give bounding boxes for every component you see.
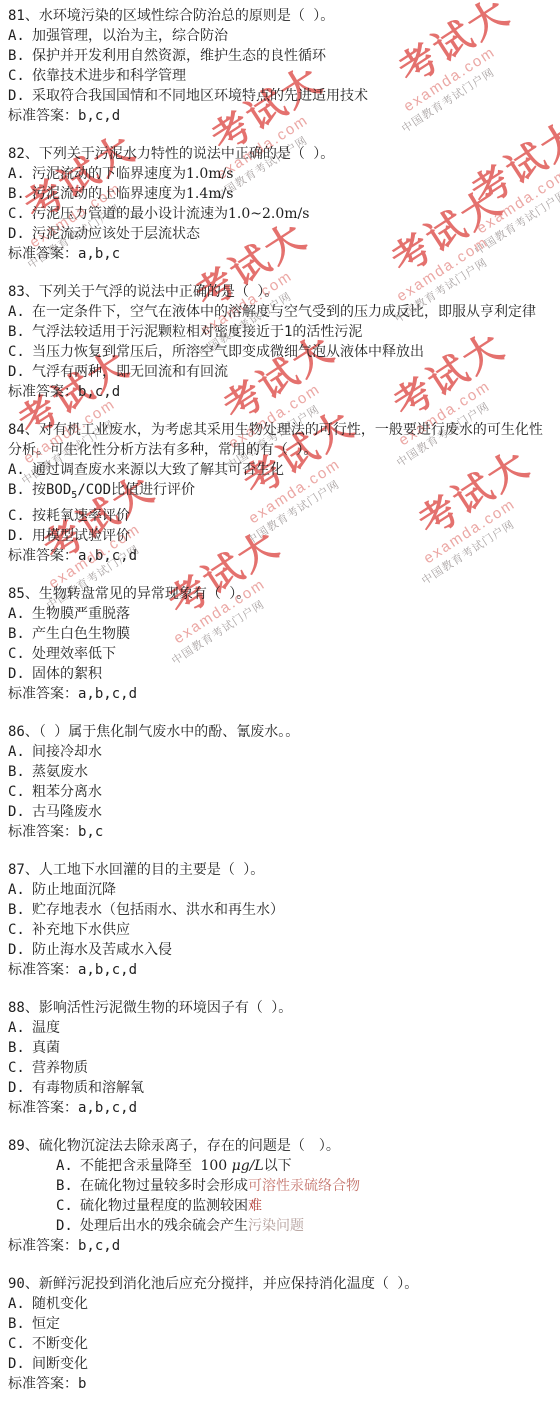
- option-line: A.污泥流动的下临界速度为1.0m/s: [8, 164, 554, 184]
- option-label: C.: [8, 204, 32, 224]
- text-segment: 有毒物质和溶解氧: [32, 1080, 144, 1096]
- text-segment: 新鲜污泥投到消化池后应充分搅拌，并应保持消化温度（ ）。: [39, 1276, 418, 1292]
- option-line: A.在一定条件下，空气在液体中的溶解度与空气受到的压力成反比，即服从亨利定律: [8, 302, 554, 322]
- question-stem: 84、对有机工业废水，为考虑其采用生物处理法的可行性，一般要进行废水的可生化性分…: [8, 420, 554, 460]
- answer-label: 标准答案：: [8, 1376, 78, 1392]
- option-line: B.按BOD5/COD比值进行评价: [8, 480, 554, 506]
- option-label: C.: [8, 920, 32, 940]
- answer-value: b: [78, 1376, 86, 1392]
- text-segment: 加强管理，以治为主，综合防治: [32, 28, 228, 44]
- option-line: D.采取符合我国国情和不同地区环境特点的先进适用技术: [8, 86, 554, 106]
- option-line: B.产生白色生物膜: [8, 624, 554, 644]
- option-label: C.: [8, 506, 32, 526]
- text-segment: 100: [200, 1158, 231, 1174]
- question-block: 86、（ ）属于焦化制气废水中的酚、氰废水。。A.间接冷却水B.蒸氨废水C.粗苯…: [8, 722, 554, 842]
- text-segment: 依靠技术进步和科学管理: [32, 68, 186, 84]
- answer-label: 标准答案：: [8, 686, 78, 702]
- text-segment: 当压力恢复到常压后，所溶空气即变成微细气泡从液体中释放出: [32, 344, 424, 360]
- option-label: B.: [8, 900, 32, 920]
- text-segment: 真菌: [32, 1040, 60, 1056]
- option-label: A.: [8, 1018, 32, 1038]
- option-label: C.: [8, 644, 32, 664]
- text-segment: 在一定条件下，空气在液体中的溶解度与空气受到的压力成反比，即服从亨利定律: [32, 304, 536, 320]
- option-label: A.: [8, 880, 32, 900]
- question-number: 89、: [8, 1138, 39, 1154]
- option-label: C.: [8, 66, 32, 86]
- question-stem: 81、水环境污染的区域性综合防治总的原则是（ ）。: [8, 6, 554, 26]
- option-line: B.污泥流动的上临界速度为1.4m/s: [8, 184, 554, 204]
- text-segment: 用模型试验评价: [32, 528, 130, 544]
- text-segment: 人工地下水回灌的目的主要是（ ）。: [39, 862, 264, 878]
- text-segment: 1.0m/s: [186, 166, 233, 182]
- option-line: B.真菌: [8, 1038, 554, 1058]
- question-block: 81、水环境污染的区域性综合防治总的原则是（ ）。A.加强管理，以治为主，综合防…: [8, 6, 554, 126]
- option-line: B.气浮法较适用于污泥颗粒相对密度接近于1的活性污泥: [8, 322, 554, 342]
- question-block: 90、新鲜污泥投到消化池后应充分搅拌，并应保持消化温度（ ）。A.随机变化B.恒…: [8, 1274, 554, 1394]
- option-line: B.恒定: [8, 1314, 554, 1334]
- option-label: B.: [8, 624, 32, 644]
- question-block: 89、硫化物沉淀法去除汞离子，存在的问题是（ ）。A.不能把含汞量降至 100 …: [8, 1136, 554, 1256]
- text-segment: （ ）属于焦化制气废水中的酚、氰废水。。: [39, 724, 299, 740]
- answer-value: b,c: [78, 824, 103, 840]
- text-segment: 硫化物过量程度的监测较困: [80, 1198, 248, 1214]
- option-line: C.按耗氧速率评价: [8, 506, 554, 526]
- answer-line: 标准答案：b,c,d: [8, 382, 554, 402]
- option-label: D.: [8, 224, 32, 244]
- option-line: A.随机变化: [8, 1294, 554, 1314]
- option-line: C.补充地下水供应: [8, 920, 554, 940]
- answer-line: 标准答案：b,c: [8, 822, 554, 842]
- option-label: D.: [8, 1354, 32, 1374]
- option-label: B.: [8, 46, 32, 66]
- option-label: C.: [8, 782, 32, 802]
- option-label: C.: [8, 1058, 32, 1078]
- question-stem: 85、生物转盘常见的异常现象有（ ）。: [8, 584, 554, 604]
- answer-line: 标准答案：a,b,c,d: [8, 1098, 554, 1118]
- question-stem: 89、硫化物沉淀法去除汞离子，存在的问题是（ ）。: [8, 1136, 554, 1156]
- text-segment: 温度: [32, 1020, 60, 1036]
- answer-line: 标准答案：a,b,c: [8, 244, 554, 264]
- option-label: A.: [8, 26, 32, 46]
- text-segment: 采取符合我国国情和不同地区环境特点的先进适用技术: [32, 88, 368, 104]
- option-label: C.: [8, 342, 32, 362]
- question-number: 83、: [8, 284, 39, 300]
- option-label: A.: [8, 302, 32, 322]
- text-segment: 固体的絮积: [32, 666, 102, 682]
- option-label: C.: [56, 1196, 80, 1216]
- question-stem: 88、影响活性污泥微生物的环境因子有（ ）。: [8, 998, 554, 1018]
- option-line: D.用模型试验评价: [8, 526, 554, 546]
- text-segment: 处理效率低下: [32, 646, 116, 662]
- question-number: 82、: [8, 146, 39, 162]
- text-segment: 生物膜严重脱落: [32, 606, 130, 622]
- answer-line: 标准答案：b: [8, 1374, 554, 1394]
- text-segment: 防止海水及苦咸水入侵: [32, 942, 172, 958]
- text-segment: 以下: [264, 1158, 292, 1174]
- option-line: D.处理后出水的残余硫会产生污染问题: [8, 1216, 554, 1236]
- answer-value: a,b,c: [78, 246, 120, 262]
- option-line: D.固体的絮积: [8, 664, 554, 684]
- option-line: B.在硫化物过量较多时会形成可溶性汞硫络合物: [8, 1176, 554, 1196]
- option-label: B.: [8, 1314, 32, 1334]
- option-label: D.: [8, 1078, 32, 1098]
- option-line: D.间断变化: [8, 1354, 554, 1374]
- answer-label: 标准答案：: [8, 108, 78, 124]
- option-label: B.: [8, 184, 32, 204]
- answer-line: 标准答案：b,c,d: [8, 106, 554, 126]
- option-line: D.污泥流动应该处于层流状态: [8, 224, 554, 244]
- text-segment: 补充地下水供应: [32, 922, 130, 938]
- question-number: 87、: [8, 862, 39, 878]
- answer-line: 标准答案：a,b,c,d: [8, 684, 554, 704]
- text-segment: 按耗氧速率评价: [32, 508, 130, 524]
- option-label: B.: [56, 1176, 80, 1196]
- answer-line: 标准答案：a,b,c,d: [8, 960, 554, 980]
- question-stem: 90、新鲜污泥投到消化池后应充分搅拌，并应保持消化温度（ ）。: [8, 1274, 554, 1294]
- answer-value: a,b,c,d: [78, 962, 137, 978]
- text-segment: 水环境污染的区域性综合防治总的原则是（ ）。: [39, 8, 334, 24]
- option-line: C.不断变化: [8, 1334, 554, 1354]
- option-line: A.间接冷却水: [8, 742, 554, 762]
- option-label: A.: [56, 1156, 80, 1176]
- option-line: C.粗苯分离水: [8, 782, 554, 802]
- option-line: C.硫化物过量程度的监测较困难: [8, 1196, 554, 1216]
- text-segment: 产生白色生物膜: [32, 626, 130, 642]
- option-label: D.: [8, 86, 32, 106]
- text-segment: 恒定: [32, 1316, 60, 1332]
- question-stem: 87、人工地下水回灌的目的主要是（ ）。: [8, 860, 554, 880]
- option-line: D.防止海水及苦咸水入侵: [8, 940, 554, 960]
- option-line: C.当压力恢复到常压后，所溶空气即变成微细气泡从液体中释放出: [8, 342, 554, 362]
- option-label: B.: [8, 480, 32, 500]
- text-segment: 可溶性汞硫络合物: [248, 1178, 360, 1194]
- answer-label: 标准答案：: [8, 1238, 78, 1254]
- text-segment: 气浮法较适用于污泥颗粒相对密度接近于1的活性污泥: [32, 324, 362, 340]
- option-label: A.: [8, 1294, 32, 1314]
- questions-list: 81、水环境污染的区域性综合防治总的原则是（ ）。A.加强管理，以治为主，综合防…: [0, 0, 560, 1394]
- text-segment: 间接冷却水: [32, 744, 102, 760]
- question-number: 88、: [8, 1000, 39, 1016]
- question-block: 82、下列关于污泥水力特性的说法中正确的是（ ）。A.污泥流动的下临界速度为1.…: [8, 144, 554, 264]
- question-block: 84、对有机工业废水，为考虑其采用生物处理法的可行性，一般要进行废水的可生化性分…: [8, 420, 554, 566]
- text-segment: 1.4m/s: [186, 186, 233, 202]
- option-label: D.: [8, 802, 32, 822]
- answer-label: 标准答案：: [8, 962, 78, 978]
- option-line: D.古马隆废水: [8, 802, 554, 822]
- option-label: D.: [56, 1216, 80, 1236]
- text-segment: 1.0~2.0m/s: [228, 206, 309, 222]
- option-line: A.加强管理，以治为主，综合防治: [8, 26, 554, 46]
- option-label: C.: [8, 1334, 32, 1354]
- answer-label: 标准答案：: [8, 824, 78, 840]
- answer-label: 标准答案：: [8, 246, 78, 262]
- option-label: D.: [8, 526, 32, 546]
- option-line: C.处理效率低下: [8, 644, 554, 664]
- option-label: A.: [8, 604, 32, 624]
- answer-value: a,b,c,d: [78, 686, 137, 702]
- text-segment: 古马隆废水: [32, 804, 102, 820]
- question-number: 86、: [8, 724, 39, 740]
- option-label: B.: [8, 762, 32, 782]
- answer-value: b,c,d: [78, 108, 120, 124]
- text-segment: 蒸氨废水: [32, 764, 88, 780]
- text-segment: 通过调查废水来源以大致了解其可否生化: [32, 462, 284, 478]
- option-label: A.: [8, 164, 32, 184]
- text-segment: 防止地面沉降: [32, 882, 116, 898]
- text-segment: 营养物质: [32, 1060, 88, 1076]
- answer-label: 标准答案：: [8, 384, 78, 400]
- question-number: 85、: [8, 586, 39, 602]
- option-label: D.: [8, 664, 32, 684]
- answer-line: 标准答案：b,c,d: [8, 1236, 554, 1256]
- option-line: A.防止地面沉降: [8, 880, 554, 900]
- option-label: D.: [8, 940, 32, 960]
- text-segment: 贮存地表水（包括雨水、洪水和再生水）: [32, 902, 284, 918]
- option-label: A.: [8, 742, 32, 762]
- question-stem: 83、下列关于气浮的说法中正确的是（ ）。: [8, 282, 554, 302]
- option-line: C.营养物质: [8, 1058, 554, 1078]
- text-segment: 在硫化物过量较多时会形成: [80, 1178, 248, 1194]
- option-label: B.: [8, 322, 32, 342]
- text-segment: /COD比值进行评价: [77, 482, 195, 498]
- option-line: A.生物膜严重脱落: [8, 604, 554, 624]
- option-line: C.污泥压力管道的最小设计流速为1.0~2.0m/s: [8, 204, 554, 224]
- question-number: 90、: [8, 1276, 39, 1292]
- text-segment: 按BOD: [32, 482, 71, 498]
- option-line: A.通过调查废水来源以大致了解其可否生化: [8, 460, 554, 480]
- option-label: D.: [8, 362, 32, 382]
- answer-value: b,c,d: [78, 1238, 120, 1254]
- text-segment: 随机变化: [32, 1296, 88, 1312]
- text-segment: 对有机工业废水，为考虑其采用生物处理法的可行性，一般要进行废水的可生化性分析。可…: [8, 422, 543, 458]
- question-number: 84、: [8, 422, 39, 438]
- question-block: 83、下列关于气浮的说法中正确的是（ ）。A.在一定条件下，空气在液体中的溶解度…: [8, 282, 554, 402]
- text-segment: 污染问题: [248, 1218, 304, 1234]
- text-segment: 不能把含汞量降至: [80, 1158, 200, 1174]
- option-line: B.贮存地表水（包括雨水、洪水和再生水）: [8, 900, 554, 920]
- text-segment: 处理后出水的残余硫会产生: [80, 1218, 248, 1234]
- text-segment: μg/L: [232, 1158, 264, 1174]
- text-segment: 污泥流动的上临界速度为: [32, 186, 186, 202]
- answer-value: b,c,d: [78, 384, 120, 400]
- option-line: D.有毒物质和溶解氧: [8, 1078, 554, 1098]
- text-segment: 生物转盘常见的异常现象有（ ）。: [39, 586, 250, 602]
- text-segment: 间断变化: [32, 1356, 88, 1372]
- option-line: C.依靠技术进步和科学管理: [8, 66, 554, 86]
- answer-value: a,b,c,d: [78, 1100, 137, 1116]
- text-segment: 不断变化: [32, 1336, 88, 1352]
- answer-line: 标准答案：a,b,c,d: [8, 546, 554, 566]
- text-segment: 保护并开发利用自然资源，维护生态的良性循环: [32, 48, 326, 64]
- answer-label: 标准答案：: [8, 548, 78, 564]
- question-block: 85、生物转盘常见的异常现象有（ ）。A.生物膜严重脱落B.产生白色生物膜C.处…: [8, 584, 554, 704]
- text-segment: 气浮有两种，即无回流和有回流: [32, 364, 228, 380]
- text-segment: 污泥流动的下临界速度为: [32, 166, 186, 182]
- answer-value: a,b,c,d: [78, 548, 137, 564]
- option-line: A.温度: [8, 1018, 554, 1038]
- text-segment: 硫化物沉淀法去除汞离子，存在的问题是（ ）。: [39, 1138, 340, 1154]
- text-segment: 影响活性污泥微生物的环境因子有（ ）。: [39, 1000, 292, 1016]
- option-label: B.: [8, 1038, 32, 1058]
- option-line: D.气浮有两种，即无回流和有回流: [8, 362, 554, 382]
- text-segment: 污泥流动应该处于层流状态: [32, 226, 200, 242]
- option-line: B.蒸氨废水: [8, 762, 554, 782]
- question-block: 87、人工地下水回灌的目的主要是（ ）。A.防止地面沉降B.贮存地表水（包括雨水…: [8, 860, 554, 980]
- option-line: A.不能把含汞量降至 100 μg/L以下: [8, 1156, 554, 1176]
- question-stem: 82、下列关于污泥水力特性的说法中正确的是（ ）。: [8, 144, 554, 164]
- option-line: B.保护并开发利用自然资源，维护生态的良性循环: [8, 46, 554, 66]
- option-label: A.: [8, 460, 32, 480]
- text-segment: 粗苯分离水: [32, 784, 102, 800]
- answer-label: 标准答案：: [8, 1100, 78, 1116]
- text-segment: 难: [248, 1198, 262, 1214]
- question-block: 88、影响活性污泥微生物的环境因子有（ ）。A.温度B.真菌C.营养物质D.有毒…: [8, 998, 554, 1118]
- question-stem: 86、（ ）属于焦化制气废水中的酚、氰废水。。: [8, 722, 554, 742]
- question-number: 81、: [8, 8, 39, 24]
- text-segment: 污泥压力管道的最小设计流速为: [32, 206, 228, 222]
- text-segment: 下列关于气浮的说法中正确的是（ ）。: [39, 284, 278, 300]
- text-segment: 下列关于污泥水力特性的说法中正确的是（ ）。: [39, 146, 334, 162]
